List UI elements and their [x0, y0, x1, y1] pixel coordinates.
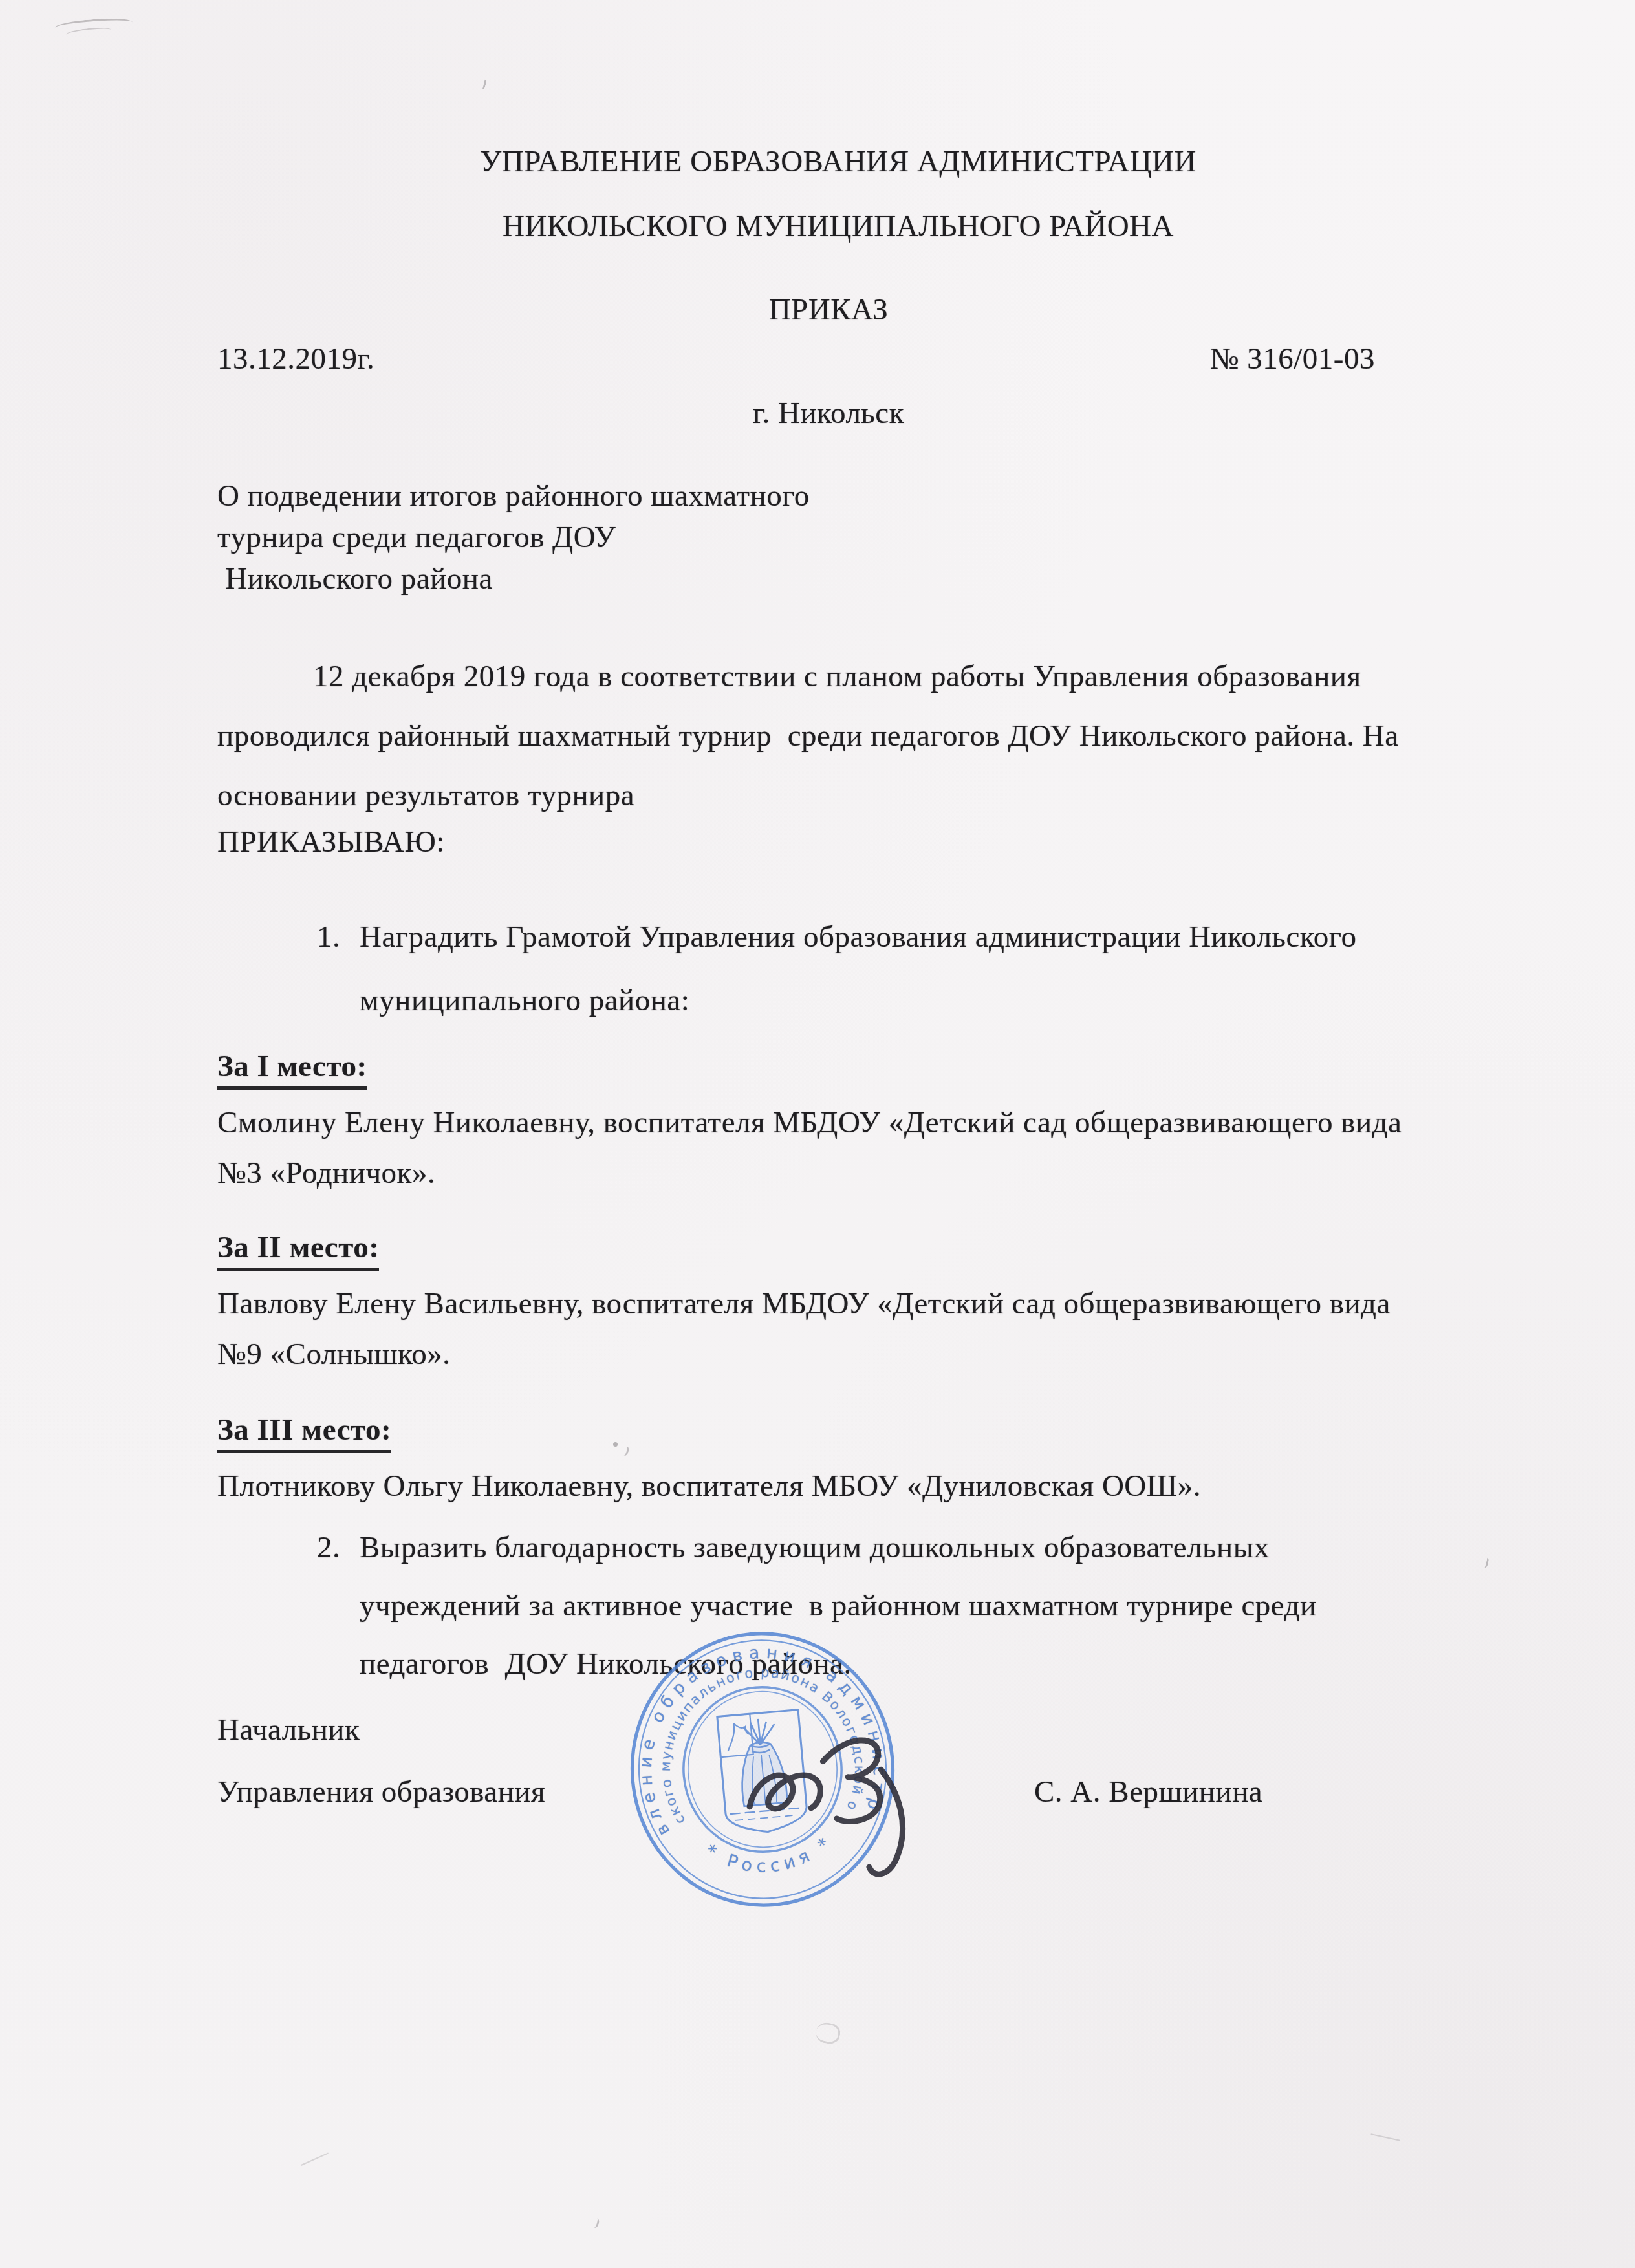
list-line: 2.Выразить благодарность заведующим дошк…: [317, 1518, 1427, 1577]
award-label: За II место:: [217, 1230, 379, 1271]
subject-line: О подведении итогов районного шахматного: [217, 475, 1427, 517]
paragraph-line: проводился районный шахматный турнир сре…: [217, 706, 1427, 766]
list-line: 1.Наградить Грамотой Управления образова…: [317, 905, 1427, 969]
award-label: За I место:: [217, 1049, 367, 1090]
subject-line: турнира среди педагогов ДОУ: [217, 517, 1427, 558]
award-label: За III место:: [217, 1412, 391, 1453]
item-number: 2.: [317, 1518, 360, 1577]
scan-artifact: [1481, 1557, 1489, 1568]
award-text: №3 «Родничок».: [217, 1148, 1427, 1198]
paragraph-line: 12 декабря 2019 года в соответствии с пл…: [217, 647, 1427, 706]
list-line: муниципального района:: [317, 969, 1427, 1032]
award-text: Смолину Елену Николаевну, воспитателя МБ…: [217, 1097, 1427, 1148]
award-text: Плотникову Ольгу Николаевну, воспитателя…: [217, 1461, 1427, 1511]
org-name-line2: НИКОЛЬСКОГО МУНИЦИПАЛЬНОГО РАЙОНА: [250, 194, 1427, 259]
doc-city: г. Никольск: [217, 396, 1427, 431]
scan-artifact: [613, 1442, 618, 1447]
doc-date: 13.12.2019г.: [217, 341, 374, 376]
doc-number: № 316/01-03: [1210, 341, 1427, 376]
doc-subject: О подведении итогов районного шахматного…: [217, 475, 1427, 599]
handwritten-signature: [724, 1694, 970, 1895]
signer-position-line2: Управления образования: [217, 1775, 545, 1809]
scanned-order-document: УПРАВЛЕНИЕ ОБРАЗОВАНИЯ АДМИНИСТРАЦИИ НИК…: [0, 0, 1635, 2268]
award-first-place: За I место: Смолину Елену Николаевну, во…: [217, 1049, 1427, 1198]
subject-line: Никольского района: [217, 558, 1427, 599]
item-text: Выразить благодарность заведующим дошкол…: [360, 1531, 1270, 1564]
item-text: Наградить Грамотой Управления образовани…: [360, 920, 1356, 954]
document-content: УПРАВЛЕНИЕ ОБРАЗОВАНИЯ АДМИНИСТРАЦИИ НИК…: [217, 0, 1427, 2268]
order-heading: ПРИКАЗЫВАЮ:: [217, 825, 1427, 859]
org-name-line1: УПРАВЛЕНИЕ ОБРАЗОВАНИЯ АДМИНИСТРАЦИИ: [250, 129, 1427, 194]
signer-name: С. А. Вершинина: [1034, 1775, 1262, 1809]
item-number: 1.: [317, 905, 360, 969]
award-second-place: За II место: Павлову Елену Васильевну, в…: [217, 1230, 1427, 1379]
award-text: Павлову Елену Васильевну, воспитателя МБ…: [217, 1279, 1427, 1329]
org-header: УПРАВЛЕНИЕ ОБРАЗОВАНИЯ АДМИНИСТРАЦИИ НИК…: [217, 129, 1427, 259]
paragraph-line: основании результатов турнира: [217, 766, 1427, 825]
order-item-1: 1.Наградить Грамотой Управления образова…: [217, 905, 1427, 1032]
doc-meta-row: 13.12.2019г. № 316/01-03: [217, 341, 1427, 376]
award-third-place: За III место: Плотникову Ольгу Николаевн…: [217, 1412, 1427, 1511]
award-text: №9 «Солнышко».: [217, 1329, 1427, 1379]
body-paragraph: 12 декабря 2019 года в соответствии с пл…: [217, 647, 1427, 825]
doc-type-title: ПРИКАЗ: [217, 292, 1427, 327]
signature-graphic: [724, 1694, 970, 1895]
